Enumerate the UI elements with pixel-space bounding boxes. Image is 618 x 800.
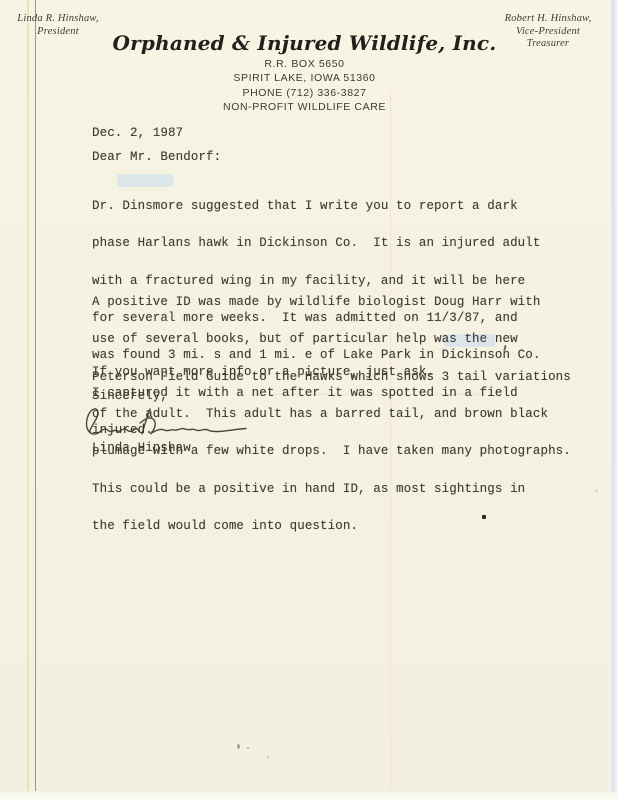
officer-name: Linda R. Hinshaw,: [8, 13, 108, 26]
paper-crease-line: [27, 0, 29, 791]
body-line: phase Harlans hawk in Dickinson Co. It i…: [92, 237, 540, 249]
address-phone: PHONE (712) 336-3827: [0, 86, 609, 100]
address-city: SPIRIT LAKE, IOWA 51360: [0, 71, 609, 85]
scanned-letter: Linda R. Hinshaw, President Robert H. Hi…: [0, 0, 618, 800]
paper-fold-line: [35, 0, 36, 791]
letter-salutation: Dear Mr. Bendorf:: [92, 151, 221, 163]
scan-speck: [247, 747, 249, 749]
body-line: Dr. Dinsmore suggested that I write you …: [92, 200, 540, 212]
letter-date: Dec. 2, 1987: [92, 127, 183, 139]
officer-name: Robert H. Hinshaw,: [496, 13, 600, 26]
scan-edge-bottom: [0, 791, 618, 800]
scan-speck: [237, 744, 240, 749]
organization-name: Orphaned & Injured Wildlife, Inc.: [0, 31, 609, 55]
organization-address: R.R. BOX 5650 SPIRIT LAKE, IOWA 51360 PH…: [0, 57, 609, 114]
address-tagline: NON-PROFIT WILDLIFE CARE: [0, 100, 609, 114]
letter-paragraph-3: If you want more info or a picture, just…: [92, 366, 434, 378]
address-po-box: R.R. BOX 5650: [0, 57, 609, 71]
typed-signature-name: Linda Hinshaw: [92, 442, 191, 454]
body-line: the field would come into question.: [92, 520, 571, 532]
scan-speck: [267, 756, 269, 758]
body-line: use of several books, but of particular …: [92, 333, 571, 345]
body-line: A positive ID was made by wildlife biolo…: [92, 296, 571, 308]
scan-speck: [595, 489, 598, 492]
body-line: This could be a positive in hand ID, as …: [92, 483, 571, 495]
scan-edge-right: [609, 0, 618, 791]
